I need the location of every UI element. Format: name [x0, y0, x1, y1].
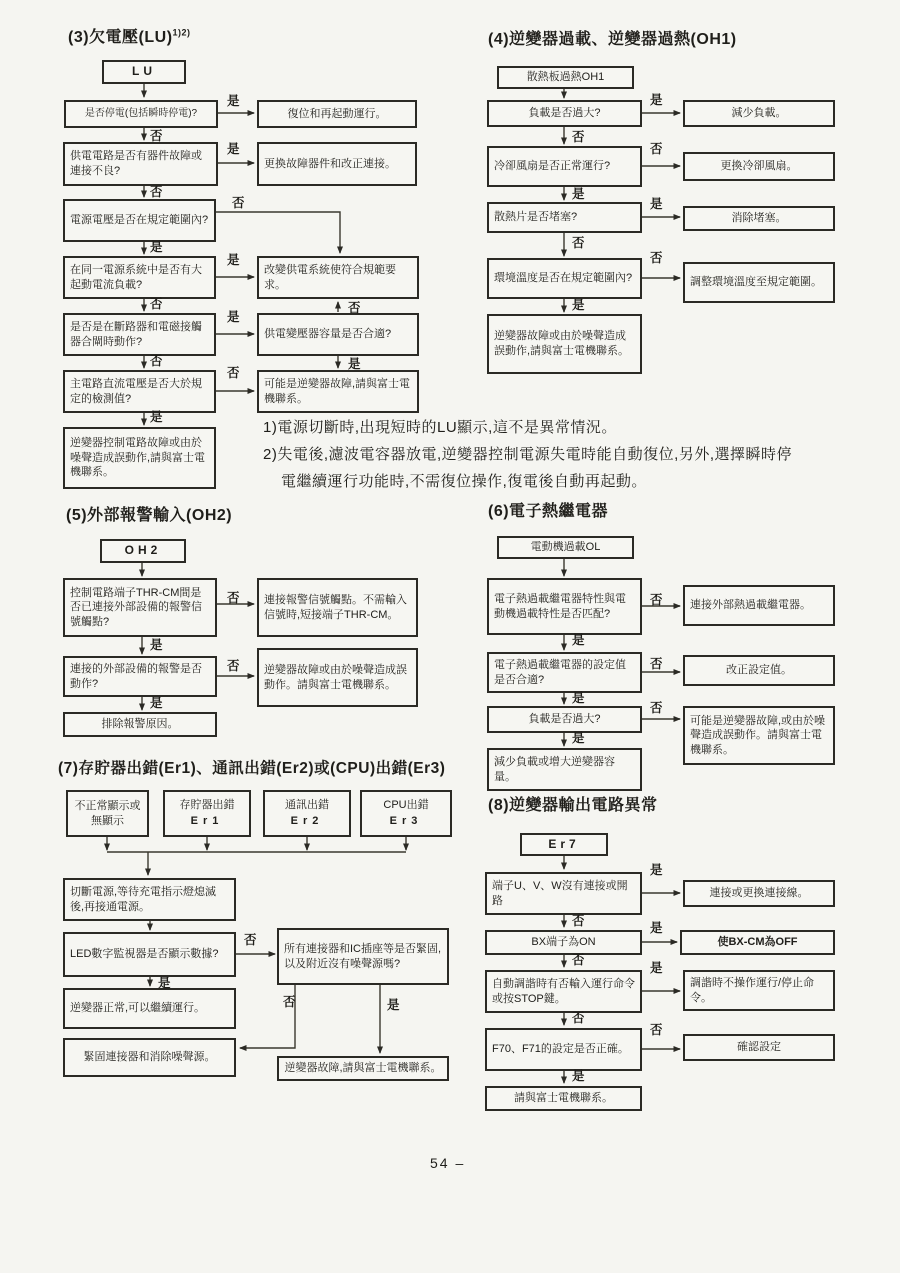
s5-end-remove-alarm-cause: 排除報警原因。 — [63, 712, 217, 737]
branch-label-no: 否 — [244, 930, 257, 948]
s7-box-memory-error-code: Er1 — [191, 814, 224, 829]
branch-label-no: 否 — [150, 126, 163, 144]
s4-question-cooling-fan: 冷卻風扇是否正常運行? — [487, 146, 642, 187]
s7-box-cpu-error-label: CPU出錯 — [383, 798, 428, 813]
s7-action-tighten-connectors: 緊固連接器和消除噪聲源。 — [63, 1038, 236, 1077]
s8-action-confirm-setting: 確認設定 — [683, 1034, 835, 1061]
s8-question-f70-f71-setting: F70、F71的設定是否正確。 — [485, 1028, 642, 1071]
s5-start-box: OH2 — [100, 539, 186, 563]
branch-label-no: 否 — [572, 950, 585, 968]
branch-label-no: 否 — [572, 127, 585, 145]
s7-end-inverter-normal: 逆變器正常,可以繼續運行。 — [63, 988, 236, 1029]
branch-label-yes: 是 — [650, 90, 663, 108]
s5-question-thr-cm-connected: 控制電路端子THR-CM間是否已連接外部設備的報警信號觸點? — [63, 578, 217, 637]
branch-label-yes: 是 — [150, 237, 163, 255]
s6-question-thermal-relay-match: 電子熱過載繼電器特性與電動機過載特性是否匹配? — [487, 578, 642, 635]
s4-end-inverter-fault: 逆變器故障或由於噪聲造成誤動作,請與富士電機聯系。 — [487, 314, 642, 374]
branch-label-yes: 是 — [572, 184, 585, 202]
branch-label-no: 否 — [650, 139, 663, 157]
s8-action-bx-cm-off: 使BX-CM為OFF — [680, 930, 835, 955]
s4-action-reduce-load: 減少負載。 — [683, 100, 835, 127]
branch-label-yes: 是 — [572, 1066, 585, 1084]
s3-question-transformer-capacity: 供電變壓器容量是否合適? — [257, 313, 419, 356]
s8-question-bx-terminal-on: BX端子為ON — [485, 930, 642, 955]
branch-label-yes: 是 — [650, 860, 663, 878]
branch-label-yes: 是 — [227, 91, 240, 109]
s3-start-box: LU — [102, 60, 186, 84]
s3-action-replace-parts: 更換故障器件和改正連接。 — [257, 142, 417, 186]
s5-action-connect-alarm-contact: 連接報警信號觸點。不需輸入信號時,短接端子THR-CM。 — [257, 578, 418, 637]
manual-page: (3)欠電壓(LU)1)2) LU 是否停電(包括瞬時停電)? 復位和再起動運行… — [0, 0, 900, 1273]
s7-box-comm-error: 通訊出錯 Er2 — [263, 790, 351, 837]
branch-label-no: 否 — [650, 590, 663, 608]
branch-label-no: 否 — [227, 656, 240, 674]
branch-label-yes: 是 — [227, 250, 240, 268]
section5-title: (5)外部報警輸入(OH2) — [66, 502, 232, 525]
s3-question-power-failure: 是否停電(包括瞬時停電)? — [64, 100, 218, 128]
branch-label-yes: 是 — [572, 295, 585, 313]
branch-label-yes: 是 — [150, 635, 163, 653]
s5-question-external-alarm-active: 連接的外部設備的報警是否動作? — [63, 656, 217, 697]
s3-question-supply-circuit: 供電電路是否有器件故障或連接不良? — [63, 142, 218, 186]
branch-label-no: 否 — [283, 992, 296, 1010]
branch-label-no: 否 — [150, 351, 163, 369]
s6-action-inverter-fault: 可能是逆變器故障,或由於噪聲造成誤動作。請與富士電機聯系。 — [683, 706, 835, 765]
note-line-1: 1)電源切斷時,出現短時的LU顯示,這不是異常情況。 — [263, 416, 617, 437]
branch-label-yes: 是 — [650, 918, 663, 936]
s4-start-box: 散熱板過熱OH1 — [497, 66, 634, 89]
branch-label-no: 否 — [348, 298, 361, 316]
s7-end-inverter-fault: 逆變器故障,請與富士電機聯系。 — [277, 1056, 449, 1081]
s6-start-box: 電動機過載OL — [497, 536, 634, 559]
branch-label-no: 否 — [650, 698, 663, 716]
s4-question-ambient-temp: 環境溫度是否在規定範圍內? — [487, 258, 642, 299]
branch-label-no: 否 — [227, 363, 240, 381]
s3-question-voltage-range: 電源電壓是否在規定範圍內? — [63, 199, 216, 242]
s3-action-change-supply-system: 改變供電系統使符合規範要求。 — [257, 256, 419, 299]
s3-question-dc-voltage: 主電路直流電壓是否大於規定的檢測值? — [63, 370, 216, 413]
branch-label-no: 否 — [572, 233, 585, 251]
section3-title-superscript: 1)2) — [173, 28, 191, 38]
branch-label-no: 否 — [650, 654, 663, 672]
branch-label-yes: 是 — [348, 354, 361, 372]
s3-question-breaker-contactor: 是否是在斷路器和電磁接觸器合閘時動作? — [63, 313, 216, 356]
branch-label-yes: 是 — [227, 139, 240, 157]
s8-start-box: Er7 — [520, 833, 608, 856]
section8-title: (8)逆變器輸出電路異常 — [488, 792, 658, 815]
note-line-3: 電繼續運行功能時,不需復位操作,復電後自動再起動。 — [281, 470, 647, 491]
section4-title: (4)逆變器過載、逆變器過熱(OH1) — [488, 26, 737, 49]
s7-box-comm-error-label: 通訊出錯 — [285, 798, 329, 813]
s7-box-comm-error-code: Er2 — [291, 814, 324, 829]
s6-action-correct-setting: 改正設定值。 — [683, 655, 835, 686]
s4-action-remove-clog: 消除堵塞。 — [683, 206, 835, 231]
s4-question-load-too-large: 負載是否過大? — [487, 100, 642, 127]
section3-title: (3)欠電壓(LU)1)2) — [68, 24, 191, 47]
s8-action-reconnect-wires: 連接或更換連接線。 — [683, 880, 835, 907]
s6-question-load-too-large: 負載是否過大? — [487, 706, 642, 733]
branch-label-no: 否 — [650, 1020, 663, 1038]
branch-label-no: 否 — [150, 182, 163, 200]
s5-action-inverter-fault: 逆變器故障或由於噪聲造成誤動作。請與富士電機聯系。 — [257, 648, 418, 707]
note-line-2: 2)失電後,濾波電容器放電,逆變器控制電源失電時能自動復位,另外,選擇瞬時停 — [263, 443, 792, 464]
s7-box-memory-error-label: 存貯器出錯 — [180, 798, 235, 813]
page-number: 54 – — [430, 1155, 465, 1171]
branch-label-yes: 是 — [150, 407, 163, 425]
s3-question-large-start-current: 在同一電源系統中是否有大起動電流負載? — [63, 256, 216, 299]
s7-box-memory-error: 存貯器出錯 Er1 — [163, 790, 251, 837]
s6-action-connect-external-relay: 連接外部熱過載繼電器。 — [683, 585, 835, 626]
branch-label-yes: 是 — [150, 693, 163, 711]
section6-title: (6)電子熱繼電器 — [488, 498, 608, 521]
s7-action-power-cycle: 切斷電源,等待充電指示燈熄滅後,再接通電源。 — [63, 878, 236, 921]
s6-end-reduce-load: 減少負載或增大逆變器容量。 — [487, 748, 642, 791]
s3-action-inverter-fault: 可能是逆變器故障,請與富士電機聯系。 — [257, 370, 419, 413]
branch-label-yes: 是 — [572, 688, 585, 706]
branch-label-no: 否 — [572, 1008, 585, 1026]
section3-title-text: (3)欠電壓(LU) — [68, 29, 173, 46]
s7-box-cpu-error-code: Er3 — [390, 814, 423, 829]
branch-label-no: 否 — [150, 294, 163, 312]
s6-question-relay-setting: 電子熱過載繼電器的設定值是否合適? — [487, 652, 642, 693]
branch-label-yes: 是 — [650, 958, 663, 976]
branch-label-yes: 是 — [227, 307, 240, 325]
s8-question-autotune-run-command: 自動調諧時有否輸入運行命令或按STOP鍵。 — [485, 970, 642, 1013]
s8-action-no-run-stop-during-tuning: 調諧時不操作運行/停止命令。 — [683, 970, 835, 1011]
branch-label-yes: 是 — [387, 995, 400, 1013]
s7-box-cpu-error: CPU出錯 Er3 — [360, 790, 452, 837]
s3-action-reset-restart: 復位和再起動運行。 — [257, 100, 417, 128]
branch-label-yes: 是 — [650, 194, 663, 212]
s7-question-led-display: LED數字監視器是否顯示數據? — [63, 932, 236, 977]
s4-action-adjust-temp: 調整環境溫度至規定範圍。 — [683, 262, 835, 303]
s3-end-control-circuit-fault: 逆變器控制電路故障或由於噪聲造成誤動作,請與富士電機聯系。 — [63, 427, 216, 489]
s4-action-replace-fan: 更換冷卻風扇。 — [683, 152, 835, 181]
branch-label-yes: 是 — [572, 728, 585, 746]
branch-label-no: 否 — [227, 588, 240, 606]
branch-label-no: 否 — [572, 911, 585, 929]
section7-title: (7)存貯器出錯(Er1)、通訊出錯(Er2)或(CPU)出錯(Er3) — [58, 756, 445, 778]
branch-label-no: 否 — [232, 193, 245, 211]
s7-question-connectors-tight: 所有連接器和IC插座等是否緊固,以及附近沒有噪聲源嗎? — [277, 928, 449, 985]
branch-label-yes: 是 — [572, 630, 585, 648]
s8-question-uvw-terminals: 端子U、V、W沒有連接或開路 — [485, 872, 642, 915]
branch-label-yes: 是 — [158, 973, 171, 991]
branch-label-no: 否 — [650, 248, 663, 266]
s7-box-abnormal-display: 不正常顯示或無顯示 — [66, 790, 149, 837]
s8-end-contact-fuji: 請與富士電機聯系。 — [485, 1086, 642, 1111]
s4-question-heatsink-clogged: 散熱片是否堵塞? — [487, 202, 642, 233]
